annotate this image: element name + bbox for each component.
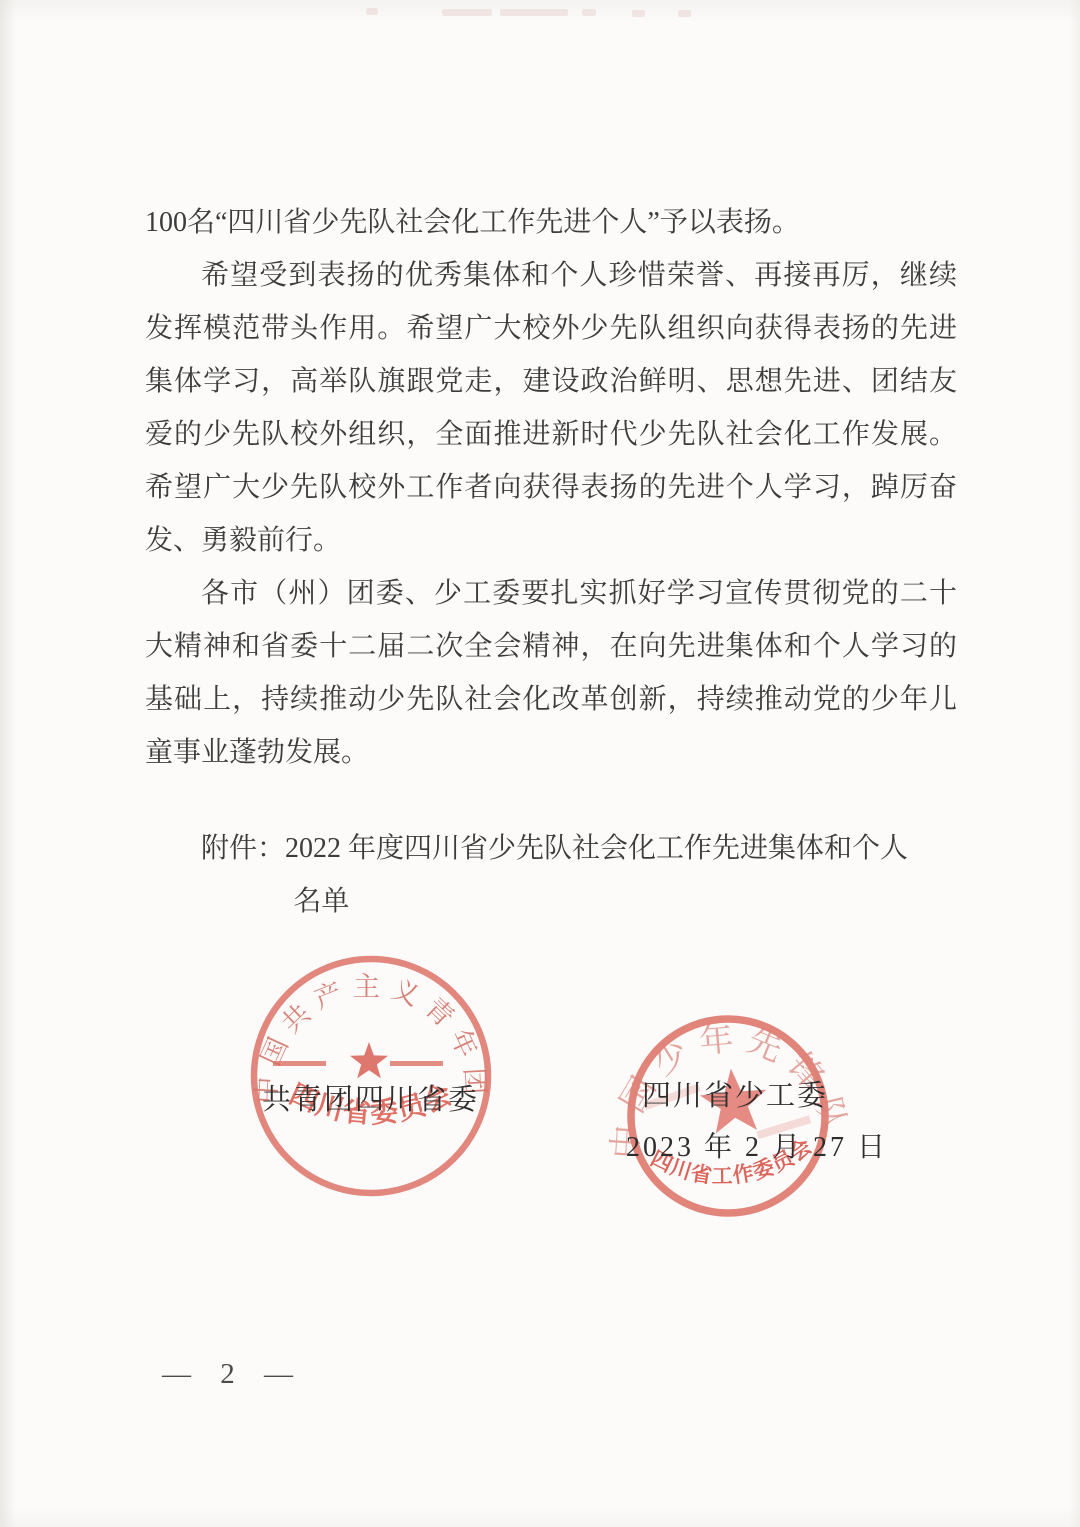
attachment-line: 名单 (145, 875, 957, 928)
body-line: 各市（州）团委、少工委要扎实抓好学习宣传贯彻党的二十 (145, 567, 957, 620)
document-date: 2023 年 2 月 27 日 (626, 1125, 888, 1165)
attachment-line: 附件：2022 年度四川省少先队社会化工作先进集体和个人 (145, 822, 957, 875)
body-line: 希望受到表扬的优秀集体和个人珍惜荣誉、再接再厉，继续 (145, 249, 957, 302)
pioneer-official-seal: 中国少年先锋队 四川省工作委员会 (614, 1001, 842, 1230)
league-signer-name: 共青团四川省委 (262, 1077, 479, 1118)
league-seal-graphic: 中国共产主义青年团 四川省委员会 (246, 951, 496, 1201)
seal-right-bar (390, 1061, 443, 1066)
seal-left-bar (273, 1061, 326, 1066)
body-line: 大精神和省委十二届二次全会精神，在向先进集体和个人学习的 (145, 620, 957, 673)
body-line: 爱的少先队校外组织，全面推进新时代少先队社会化工作发展。 (145, 408, 957, 461)
scan-artifact (632, 10, 645, 17)
star-icon (350, 1042, 388, 1078)
body-line: 基础上，持续推动少先队社会化改革创新，持续推动党的少年儿 (145, 673, 957, 726)
body-line: 童事业蓬勃发展。 (145, 726, 957, 779)
body-line: 发、勇毅前行。 (145, 514, 957, 567)
pioneer-seal-graphic: 中国少年先锋队 四川省工作委员会 (614, 1001, 842, 1230)
scanned-document-page: 100名“四川省少先队社会化工作先进个人”予以表扬。 希望受到表扬的优秀集体和个… (0, 0, 1080, 1527)
body-line: 100名“四川省少先队社会化工作先进个人”予以表扬。 (145, 196, 957, 249)
scan-artifact (678, 10, 691, 17)
document-body: 100名“四川省少先队社会化工作先进个人”予以表扬。 希望受到表扬的优秀集体和个… (145, 196, 957, 779)
scan-artifact (366, 8, 378, 15)
body-line: 发挥模范带头作用。希望广大校外少先队组织向获得表扬的先进 (145, 302, 957, 355)
pioneer-signer-name: 四川省少工委 (642, 1073, 828, 1114)
page-number: — 2 — (162, 1358, 304, 1391)
league-official-seal: 中国共产主义青年团 四川省委员会 (246, 951, 496, 1201)
body-line: 集体学习，高举队旗跟党走，建设政治鲜明、思想先进、团结友 (145, 355, 957, 408)
body-line: 希望广大少先队校外工作者向获得表扬的先进个人学习，踔厉奋 (145, 461, 957, 514)
scan-artifact (500, 9, 568, 16)
scan-artifact (582, 9, 596, 16)
attachment-note: 附件：2022 年度四川省少先队社会化工作先进集体和个人 名单 (145, 822, 957, 928)
scan-artifact (442, 9, 492, 16)
